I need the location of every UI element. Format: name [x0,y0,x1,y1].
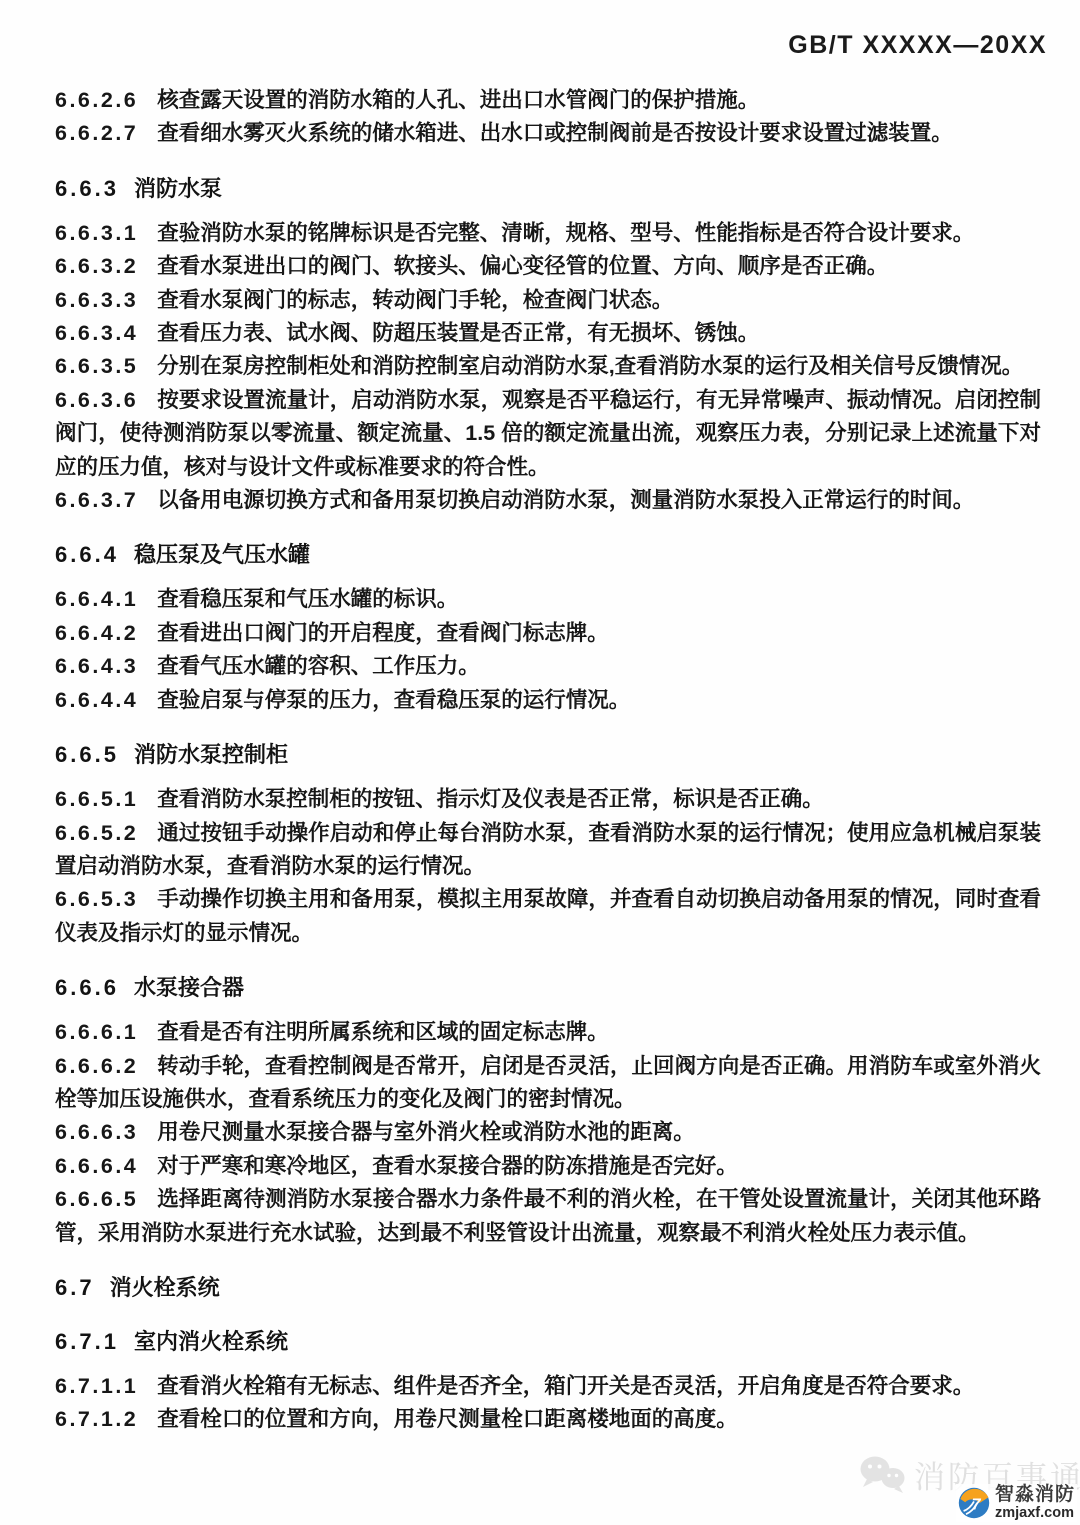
clause-number: 6.6.3.6 [55,388,138,412]
clause-text: 查看消防水泵控制柜的按钮、指示灯及仪表是否正常，标识是否正确。 [157,787,824,811]
zhimiao-logo-domain: zmjaxf.com [995,1506,1075,1521]
clause-number: 6.6.4.4 [55,688,138,712]
clause-number: 6.6.6 [55,975,119,1000]
clause-text: 消防水泵控制柜 [134,742,288,767]
clause-item: 6.6.6.4对于严寒和寒冷地区，查看水泵接合器的防冻措施是否完好。 [55,1150,1041,1183]
clause-item: 6.6.3.7以备用电源切换方式和备用泵切换启动消防水泵，测量消防水泵投入正常运… [55,484,1041,517]
clause-item: 6.6.3.3查看水泵阀门的标志，转动阀门手轮，检查阀门状态。 [55,284,1041,317]
clause-item: 6.6.2.6核查露天设置的消防水箱的人孔、进出口水管阀门的保护措施。 [55,84,1041,117]
clause-item: 6.6.5.2通过按钮手动操作启动和停止每台消防水泵，查看消防水泵的运行情况；使… [55,817,1041,884]
clause-number: 6.7.1 [55,1329,119,1354]
clause-number: 6.6.6.5 [55,1187,138,1211]
section-heading: 6.7消火栓系统 [55,1271,1041,1304]
clause-text: 查验启泵与停泵的压力，查看稳压泵的运行情况。 [157,688,630,712]
clause-number: 6.6.3.3 [55,288,138,312]
section-heading: 6.6.5消防水泵控制柜 [55,738,1041,771]
clause-number: 6.6.4.1 [55,587,138,611]
svg-text:7: 7 [972,1496,982,1513]
clause-text: 查看进出口阀门的开启程度，查看阀门标志牌。 [157,621,609,645]
clause-text: 手动操作切换主用和备用泵，模拟主用泵故障，并查看自动切换启动备用泵的情况，同时查… [55,887,1041,944]
standard-number-header: GB/T XXXXX—20XX [788,31,1047,60]
clause-number: 6.6.3.5 [55,354,138,378]
clause-item: 6.6.4.4查验启泵与停泵的压力，查看稳压泵的运行情况。 [55,684,1041,717]
clause-item: 6.6.3.1查验消防水泵的铭牌标识是否完整、清晰，规格、型号、性能指标是否符合… [55,217,1041,250]
clause-number: 6.6.3.1 [55,221,138,245]
clause-text: 水泵接合器 [134,975,244,1000]
wechat-icon [858,1454,908,1496]
clause-text: 通过按钮手动操作启动和停止每台消防水泵，查看消防水泵的运行情况；使用应急机械启泵… [55,821,1041,878]
clause-item: 6.6.4.2查看进出口阀门的开启程度，查看阀门标志牌。 [55,617,1041,650]
clause-item: 6.6.5.3手动操作切换主用和备用泵，模拟主用泵故障，并查看自动切换启动备用泵… [55,883,1041,950]
zhimiao-swirl-icon: 7 [958,1487,990,1519]
clause-text: 用卷尺测量水泵接合器与室外消火栓或消防水池的距离。 [157,1120,695,1144]
clause-text: 按要求设置流量计，启动消防水泵，观察是否平稳运行，有无异常噪声、振动情况。启闭控… [55,388,1041,479]
clause-number: 6.6.2.6 [55,88,138,112]
clause-text: 查看水泵阀门的标志，转动阀门手轮，检查阀门状态。 [157,288,673,312]
clause-text: 消火栓系统 [110,1275,220,1300]
clause-text: 查看栓口的位置和方向，用卷尺测量栓口距离楼地面的高度。 [157,1407,738,1431]
clause-text: 查看水泵进出口的阀门、软接头、偏心变径管的位置、方向、顺序是否正确。 [157,254,888,278]
section-heading: 6.6.3消防水泵 [55,172,1041,205]
clause-number: 6.6.5.3 [55,887,138,911]
clause-text: 稳压泵及气压水罐 [134,542,310,567]
clause-number: 6.6.5.2 [55,821,138,845]
clause-text: 查看压力表、试水阀、防超压装置是否正常，有无损坏、锈蚀。 [157,321,759,345]
clause-number: 6.6.6.1 [55,1020,138,1044]
clause-text: 转动手轮，查看控制阀是否常开，启闭是否灵活，止回阀方向是否正确。用消防车或室外消… [55,1054,1041,1111]
clause-number: 6.6.3.4 [55,321,138,345]
clause-text: 选择距离待测消防水泵接合器水力条件最不利的消火栓，在干管处设置流量计，关闭其他环… [55,1187,1041,1244]
clause-text: 查看稳压泵和气压水罐的标识。 [157,587,458,611]
clause-item: 6.6.4.1查看稳压泵和气压水罐的标识。 [55,583,1041,616]
clause-number: 6.6.4 [55,542,119,567]
clause-text: 消防水泵 [134,176,222,201]
clause-number: 6.6.3 [55,176,119,201]
section-heading: 6.7.1室内消火栓系统 [55,1325,1041,1358]
document-page: GB/T XXXXX—20XX 6.6.2.6核查露天设置的消防水箱的人孔、进出… [0,0,1080,1525]
clause-text: 查看消火栓箱有无标志、组件是否齐全，箱门开关是否灵活，开启角度是否符合要求。 [157,1374,974,1398]
clause-number: 6.6.5 [55,742,119,767]
clause-text: 室内消火栓系统 [134,1329,288,1354]
zhimiao-logo-title: 智淼消防 [995,1485,1075,1504]
clause-text: 核查露天设置的消防水箱的人孔、进出口水管阀门的保护措施。 [157,88,759,112]
clause-number: 6.6.4.2 [55,621,138,645]
clause-number: 6.6.4.3 [55,654,138,678]
clause-text: 以备用电源切换方式和备用泵切换启动消防水泵，测量消防水泵投入正常运行的时间。 [157,488,974,512]
clause-item: 6.6.6.2转动手轮，查看控制阀是否常开，启闭是否灵活，止回阀方向是否正确。用… [55,1050,1041,1117]
clause-text: 分别在泵房控制柜处和消防控制室启动消防水泵,查看消防水泵的运行及相关信号反馈情况… [157,354,1023,378]
clause-number: 6.6.6.3 [55,1120,138,1144]
clause-text: 查看是否有注明所属系统和区域的固定标志牌。 [157,1020,609,1044]
clause-item: 6.6.2.7查看细水雾灭火系统的储水箱进、出水口或控制阀前是否按设计要求设置过… [55,117,1041,150]
clause-text: 查验消防水泵的铭牌标识是否完整、清晰，规格、型号、性能指标是否符合设计要求。 [157,221,974,245]
clause-number: 6.7 [55,1275,95,1300]
clause-text: 查看气压水罐的容积、工作压力。 [157,654,480,678]
clause-number: 6.6.6.2 [55,1054,138,1078]
clause-item: 6.6.5.1查看消防水泵控制柜的按钮、指示灯及仪表是否正常，标识是否正确。 [55,783,1041,816]
clause-number: 6.6.2.7 [55,121,138,145]
section-heading: 6.6.4稳压泵及气压水罐 [55,538,1041,571]
clause-item: 6.6.4.3查看气压水罐的容积、工作压力。 [55,650,1041,683]
clause-item: 6.6.3.2查看水泵进出口的阀门、软接头、偏心变径管的位置、方向、顺序是否正确… [55,250,1041,283]
clause-number: 6.6.3.7 [55,488,138,512]
clause-number: 6.6.3.2 [55,254,138,278]
clause-item: 6.7.1.2查看栓口的位置和方向，用卷尺测量栓口距离楼地面的高度。 [55,1403,1041,1436]
clause-item: 6.6.6.5选择距离待测消防水泵接合器水力条件最不利的消火栓，在干管处设置流量… [55,1183,1041,1250]
clause-number: 6.6.6.4 [55,1154,138,1178]
clause-number: 6.7.1.2 [55,1407,138,1431]
clause-item: 6.6.6.3用卷尺测量水泵接合器与室外消火栓或消防水池的距离。 [55,1116,1041,1149]
clause-item: 6.6.3.5分别在泵房控制柜处和消防控制室启动消防水泵,查看消防水泵的运行及相… [55,350,1041,383]
zhimiao-logo: 7 智淼消防 zmjaxf.com [956,1484,1077,1522]
clause-item: 6.6.6.1查看是否有注明所属系统和区域的固定标志牌。 [55,1016,1041,1049]
clause-item: 6.7.1.1查看消火栓箱有无标志、组件是否齐全，箱门开关是否灵活，开启角度是否… [55,1370,1041,1403]
section-heading: 6.6.6水泵接合器 [55,971,1041,1004]
clause-number: 6.6.5.1 [55,787,138,811]
clause-number: 6.7.1.1 [55,1374,138,1398]
clause-item: 6.6.3.6按要求设置流量计，启动消防水泵，观察是否平稳运行，有无异常噪声、振… [55,384,1041,484]
clause-text: 对于严寒和寒冷地区，查看水泵接合器的防冻措施是否完好。 [157,1154,738,1178]
document-body: 6.6.2.6核查露天设置的消防水箱的人孔、进出口水管阀门的保护措施。6.6.2… [55,84,1041,1437]
clause-text: 查看细水雾灭火系统的储水箱进、出水口或控制阀前是否按设计要求设置过滤装置。 [157,121,953,145]
clause-item: 6.6.3.4查看压力表、试水阀、防超压装置是否正常，有无损坏、锈蚀。 [55,317,1041,350]
